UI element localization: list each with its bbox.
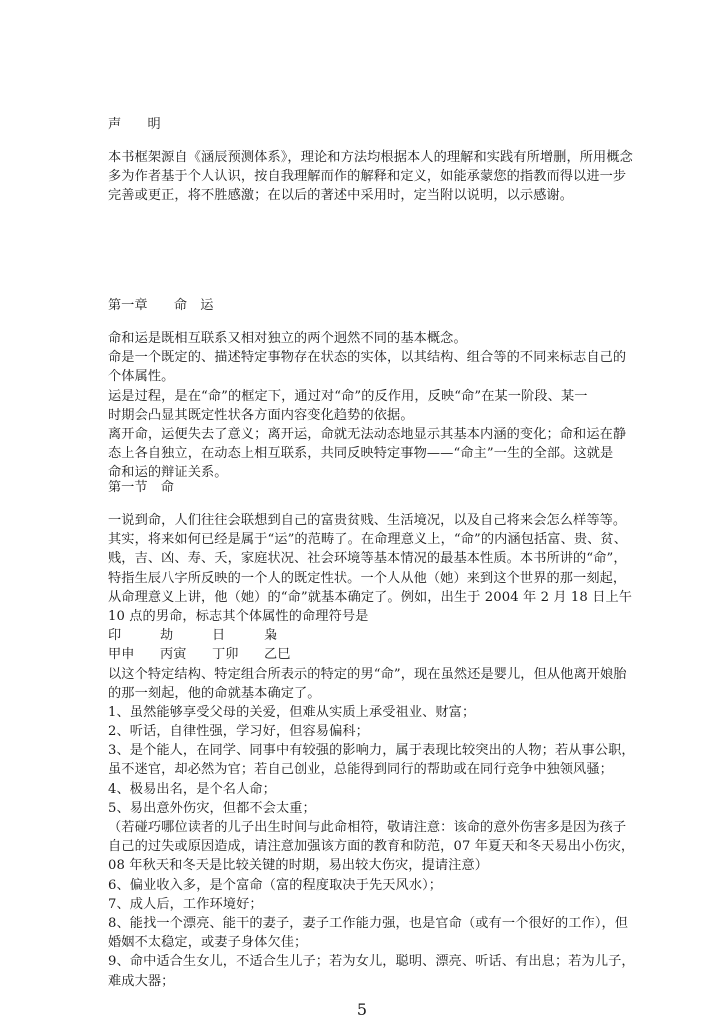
text-line: 从命理意义上讲，他（她）的“命”就基本确定了。例如，出生于 2004 年 2 月… <box>108 588 628 607</box>
chapter-title: 第一章 命 运 <box>108 296 214 315</box>
list-item: 5、易出意外伤灾，但都不会太重； <box>108 799 628 818</box>
text-line: 命和运的辩证关系。 <box>108 463 628 482</box>
text-line: （若碰巧哪位读者的儿子出生时间与此命相符，敬请注意：该命的意外伤害多是因为孩子 <box>108 818 628 837</box>
list-item: 9、命中适合生女儿，不适合生儿子；若为女儿，聪明、漂亮、听话、有出息；若为儿子， <box>108 952 628 971</box>
text-line: 特指生辰八字所反映的一个人的既定性状。一个人从他（她）来到这个世界的那一刻起， <box>108 569 628 588</box>
text-line: 完善或更正，将不胜感激；在以后的著述中采用时，定当附以说明，以示感谢。 <box>108 186 628 205</box>
bazi-cell: 劫 <box>160 626 212 645</box>
text-line: 08 年秋天和冬天是比较关键的时期，易出较大伤灾，提请注意） <box>108 856 628 875</box>
list-item: 难成大器； <box>108 972 628 991</box>
chapter-intro: 命和运是既相互联系又相对独立的两个迥然不同的基本概念。 命是一个既定的、描述特定… <box>108 329 628 483</box>
page-number: 5 <box>0 1000 724 1019</box>
list-item: 6、偏业收入多，是个富命（富的程度取决于先天风水）； <box>108 876 628 895</box>
text-line: 运是过程，是在“命”的框定下，通过对“命”的反作用，反映“命”在某一阶段、某一 <box>108 387 628 406</box>
list-item: 1、虽然能够享受父母的关爱，但难从实质上承受祖业、财富； <box>108 703 628 722</box>
text-line: 态上各自独立，在动态上相互联系，共同反映特定事物——“命主”一生的全部。这就是 <box>108 444 628 463</box>
text-line: 贱，吉、凶、寿、夭，家庭状况、社会环境等基本情况的最基本性质。本书所讲的“命”， <box>108 549 628 568</box>
bazi-ten-gods-row: 印 劫 日 枭 <box>108 626 628 645</box>
bazi-cell: 甲申 <box>108 645 160 664</box>
text-line: 命是一个既定的、描述特定事物存在状态的实体，以其结构、组合等的不同来标志自己的 <box>108 348 628 367</box>
statement-title: 声 明 <box>108 115 161 134</box>
text-line: 多为作者基于个人认识，按自我理解而作的解释和定义，如能承蒙您的指教而得以进一步 <box>108 167 628 186</box>
bazi-cell: 丙寅 <box>160 645 212 664</box>
text-line: 时期会凸显其既定性状各方面内容变化趋势的依据。 <box>108 406 628 425</box>
bazi-pillars-row: 甲申 丙寅 丁卯 乙巳 <box>108 645 628 664</box>
document-page: 声 明 本书框架源自《涵辰预测体系》，理论和方法均根据本人的理解和实践有所增删，… <box>0 0 724 1024</box>
text-line: 命和运是既相互联系又相对独立的两个迥然不同的基本概念。 <box>108 329 628 348</box>
list-item: 7、成人后，工作环境好； <box>108 895 628 914</box>
bazi-cell: 丁卯 <box>212 645 264 664</box>
text-line: 一说到命，人们往往会联想到自己的富贵贫贱、生活境况，以及自己将来会怎么样等等。 <box>108 511 628 530</box>
list-item: 2、听话，自律性强，学习好，但容易偏科； <box>108 722 628 741</box>
bazi-cell: 枭 <box>264 626 316 645</box>
list-item: 婚姻不太稳定，或妻子身体欠佳； <box>108 933 628 952</box>
text-line: 其实，将来如何已经是属于“运”的范畴了。在命理意义上，“命”的内涵包括富、贵、贫… <box>108 530 628 549</box>
bazi-cell: 乙巳 <box>264 645 316 664</box>
bazi-cell: 印 <box>108 626 160 645</box>
section-title: 第一节 命 <box>108 478 174 497</box>
list-item: 8、能找一个漂亮、能干的妻子，妻子工作能力强，也是官命（或有一个很好的工作），但 <box>108 914 628 933</box>
statement-paragraph: 本书框架源自《涵辰预测体系》，理论和方法均根据本人的理解和实践有所增删，所用概念… <box>108 148 628 206</box>
text-line: 10 点的男命，标志其个体属性的命理符号是 <box>108 607 628 626</box>
text-line: 本书框架源自《涵辰预测体系》，理论和方法均根据本人的理解和实践有所增删，所用概念 <box>108 148 628 167</box>
text-line: 离开命，运便失去了意义；离开运，命就无法动态地显示其基本内涵的变化；命和运在静 <box>108 425 628 444</box>
section-body: 一说到命，人们往往会联想到自己的富贵贫贱、生活境况，以及自己将来会怎么样等等。 … <box>108 511 628 991</box>
text-line: 个体属性。 <box>108 367 628 386</box>
list-item: 4、极易出名，是个名人命； <box>108 780 628 799</box>
text-line: 以这个特定结构、特定组合所表示的特定的男“命”，现在虽然还是婴儿，但从他离开娘胎 <box>108 665 628 684</box>
bazi-cell: 日 <box>212 626 264 645</box>
list-item: 3、是个能人，在同学、同事中有较强的影响力，属于表现比较突出的人物；若从事公职， <box>108 741 628 760</box>
text-line: 自己的过失或原因造成，请注意加强该方面的教育和防范，07 年夏天和冬天易出小伤灾… <box>108 837 628 856</box>
list-item: 虽不迷官，却必然为官；若自己创业，总能得到同行的帮助或在同行竞争中独领风骚； <box>108 760 628 779</box>
text-line: 的那一刻起，他的命就基本确定了。 <box>108 684 628 703</box>
